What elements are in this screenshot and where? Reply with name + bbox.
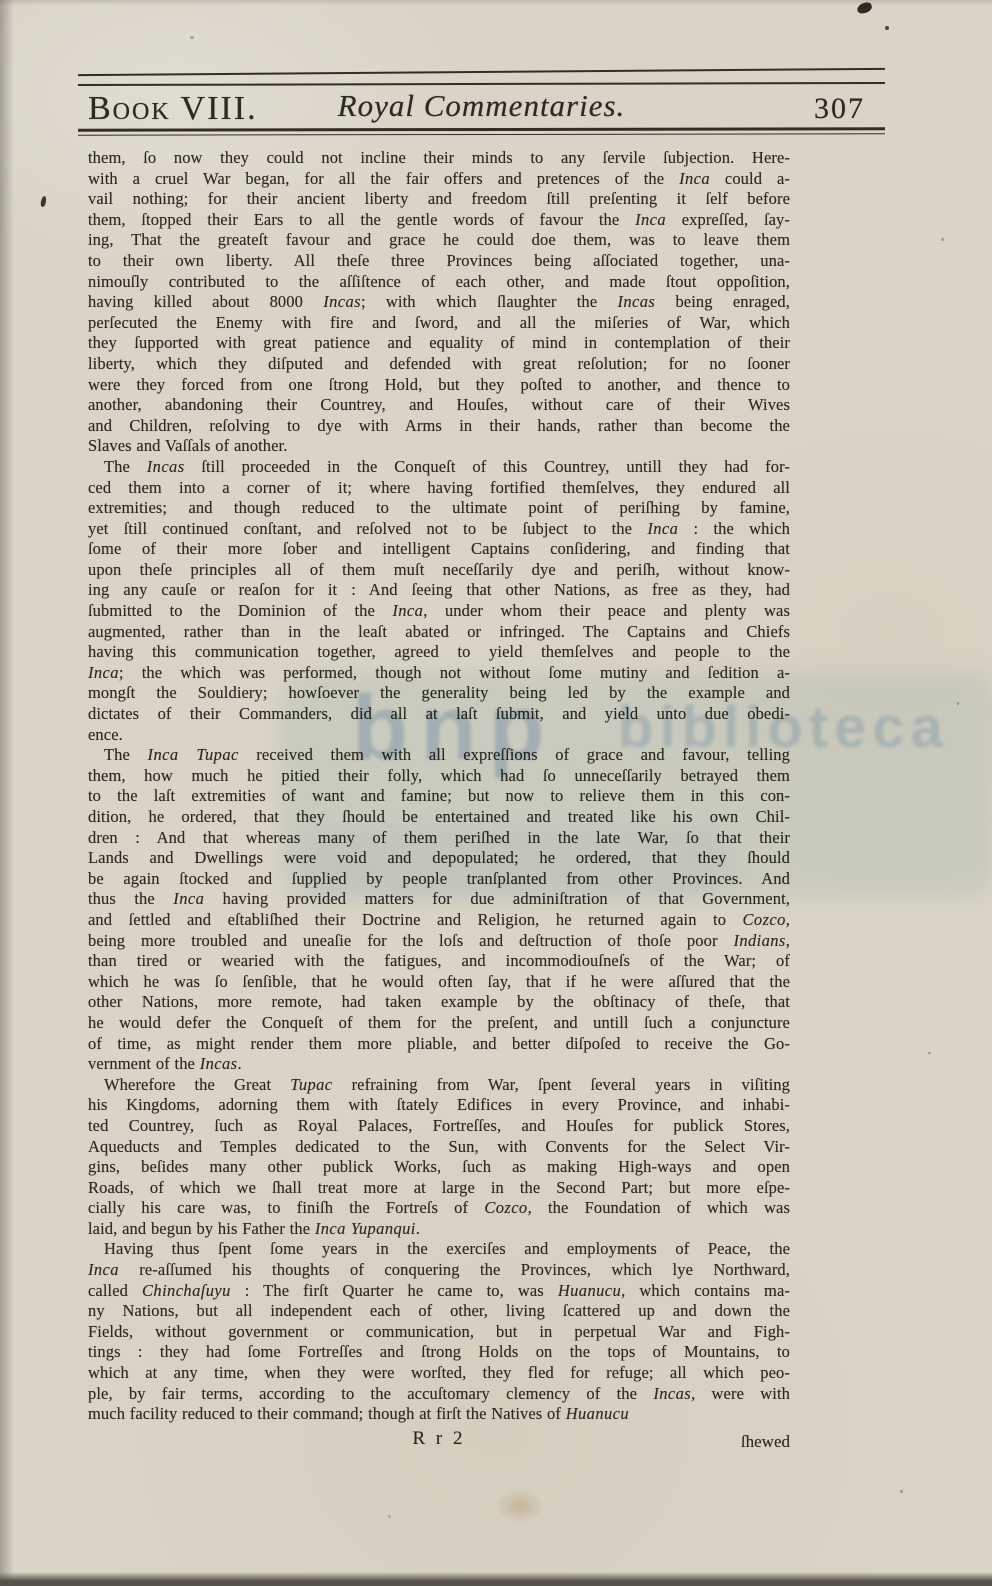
text-line: extremities; and though reduced to the u…	[88, 498, 790, 519]
header-rule-bottom-thin	[78, 133, 885, 135]
text-line: ted Countrey, ſuch as Royal Palaces, For…	[88, 1116, 790, 1137]
text-line: The Inca Tupac received them with all ex…	[88, 745, 790, 766]
paper-speck	[388, 1515, 391, 1518]
text-line: Aqueducts and Temples dedicated to the S…	[88, 1137, 790, 1158]
text-line: and ſettled and eſtabliſhed their Doctri…	[88, 910, 790, 931]
signature-mark: R r 2	[88, 1428, 790, 1450]
text-line: than tired or wearied with the fatigues,…	[88, 951, 790, 972]
text-line: ny Nations, but all independent each of …	[88, 1301, 790, 1322]
text-line: them, ſtopped their Ears to all the gent…	[88, 210, 790, 231]
paper-speck	[190, 36, 194, 39]
header-rule-top-outer	[78, 68, 885, 76]
text-line: them, ſo now they could not incline thei…	[88, 148, 790, 169]
text-line: ing any cauſe or reaſon for it : And ſee…	[88, 580, 790, 601]
text-line: liberty, which they diſputed and defende…	[88, 354, 790, 375]
ink-fleck-small	[885, 26, 889, 30]
text-line: they ſupported with great patience and e…	[88, 333, 790, 354]
text-line: called Chinchaſuyu : The firſt Quarter h…	[88, 1281, 790, 1302]
text-line: were they forced from one ſtrong Hold, b…	[88, 375, 790, 396]
text-line: other Nations, more remote, had taken ex…	[88, 992, 790, 1013]
running-title: Royal Commentaries.	[78, 88, 885, 124]
text-line: yet ſtill continued conſtant, and reſolv…	[88, 519, 790, 540]
text-line: thus the Inca having provided matters fo…	[88, 889, 790, 910]
text-line: ſome of their more ſober and intelligent…	[88, 539, 790, 560]
text-line: to their own liberty. All theſe three Pr…	[88, 251, 790, 272]
text-line: vail nothing; for their ancient liberty …	[88, 189, 790, 210]
scan-edge-bottom	[0, 1572, 992, 1586]
text-line: much facility reduced to their command; …	[88, 1404, 790, 1425]
paper-speck	[957, 702, 959, 705]
text-line: nimouſly contributed to the aſſiſtence o…	[88, 272, 790, 293]
scan-edge-left	[0, 0, 14, 1586]
text-line: and Children, reſolving to dye with Arms…	[88, 416, 790, 437]
text-line: which at any time, when they were worſte…	[88, 1363, 790, 1384]
paper-speck	[928, 1052, 931, 1054]
text-line: dictates of their Commanders, did all at…	[88, 704, 790, 725]
text-line: having killed about 8000 Incas; with whi…	[88, 292, 790, 313]
text-line: Having thus ſpent ſome years in the exer…	[88, 1239, 790, 1260]
text-line: upon theſe principles all of them muſt n…	[88, 560, 790, 581]
paper-stain	[496, 1488, 544, 1524]
text-line: Fields, without government or communicat…	[88, 1322, 790, 1343]
text-line: ence.	[88, 725, 790, 746]
scan-edge-top	[0, 0, 992, 6]
text-line: gins, beſides many other publick Works, …	[88, 1157, 790, 1178]
text-line: of time, as might render them more pliab…	[88, 1034, 790, 1055]
body-text: them, ſo now they could not incline thei…	[88, 148, 790, 1425]
text-line: mongſt the Souldiery; howſoever the gene…	[88, 683, 790, 704]
text-line: Wherefore the Great Tupac refraining fro…	[88, 1075, 790, 1096]
text-line: Lands and Dwellings were void and depopu…	[88, 848, 790, 869]
text-line: another, abandoning their Countrey, and …	[88, 395, 790, 416]
book-page-scan: Book VIII. Royal Commentaries. 307 them,…	[0, 0, 992, 1586]
text-line: Inca; the which was performed, though no…	[88, 663, 790, 684]
text-line: cially his care was, to finiſh the Fortr…	[88, 1198, 790, 1219]
text-line: being more troubled and uneaſie for the …	[88, 931, 790, 952]
catchword: ſhewed	[741, 1432, 790, 1452]
text-line: be again ſtocked and ſupplied by people …	[88, 869, 790, 890]
text-line: Roads, of which we ſhall treat more at l…	[88, 1178, 790, 1199]
header-rule-top-inner	[78, 82, 885, 86]
text-line: ſubmitted to the Dominion of the Inca, u…	[88, 601, 790, 622]
margin-mark	[40, 196, 47, 208]
text-line: his Kingdoms, adorning them with ſtately…	[88, 1095, 790, 1116]
text-line: with a cruel War began, for all the fair…	[88, 169, 790, 190]
text-line: having this communication together, agre…	[88, 642, 790, 663]
running-header: Book VIII. Royal Commentaries. 307	[78, 88, 885, 128]
text-line: dren : And that whereas many of them per…	[88, 828, 790, 849]
text-line: Slaves and Vaſſals of another.	[88, 436, 790, 457]
text-line: dition, he ordered, that they ſhould be …	[88, 807, 790, 828]
text-line: ple, by fair terms, according to the acc…	[88, 1384, 790, 1405]
text-line: The Incas ſtill proceeded in the Conqueſ…	[88, 457, 790, 478]
text-line: Inca re-aſſumed his thoughts of conqueri…	[88, 1260, 790, 1281]
text-line: which he was ſo ſenſible, that he would …	[88, 972, 790, 993]
text-line: vernment of the Incas.	[88, 1054, 790, 1075]
page-number: 307	[814, 92, 865, 126]
text-line: he would defer the Conqueſt of them for …	[88, 1013, 790, 1034]
page-footer: R r 2 ſhewed	[88, 1428, 790, 1454]
text-line: them, how much he pitied their folly, wh…	[88, 766, 790, 787]
text-line: to the laſt extremities of want and fami…	[88, 786, 790, 807]
text-line: ced them into a corner of it; where havi…	[88, 478, 790, 499]
text-line: ing, That the greateſt favour and grace …	[88, 230, 790, 251]
paper-speck	[900, 1490, 903, 1493]
text-line: augmented, rather than in the leaſt abat…	[88, 622, 790, 643]
paper-speck	[941, 238, 944, 241]
text-line: laid, and begun by his Father the Inca Y…	[88, 1219, 790, 1240]
text-line: tings : they had ſome Fortreſſes and ſtr…	[88, 1342, 790, 1363]
text-line: perſecuted the Enemy with fire and ſword…	[88, 313, 790, 334]
